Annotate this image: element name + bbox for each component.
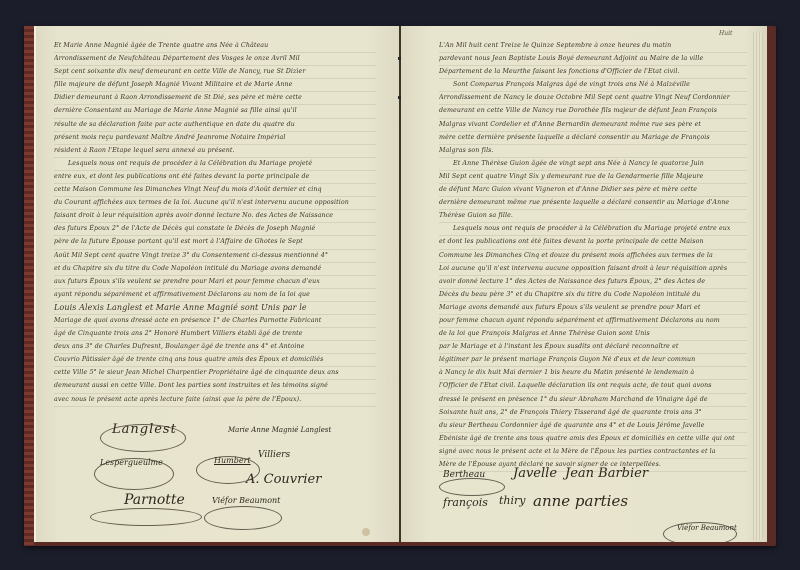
handwritten-line: Soixante huit ans, 2° de François Thiery… — [439, 407, 747, 420]
handwritten-line: Ébéniste âgé de trente ans tous quatre a… — [439, 433, 747, 446]
handwritten-line: ayant répondu séparément et affirmativem… — [54, 289, 376, 302]
handwritten-line: résulte de sa déclaration faite par acte… — [54, 119, 376, 132]
handwritten-line: du Courant affichées aux termes de la lo… — [54, 197, 376, 210]
handwritten-line: signé avec nous le présent acte et la Mè… — [439, 446, 747, 459]
handwritten-line: résident à Raon l'Etape lequel sera anne… — [54, 145, 376, 158]
handwritten-line: Malgras vivant Cordelier et d'Anne Berna… — [439, 119, 747, 132]
signature-flourish — [663, 522, 737, 542]
book-spine-edge — [24, 26, 34, 546]
handwritten-line: Sept cent soixante dix neuf demeurant en… — [54, 66, 376, 79]
handwritten-line: par le Mariage et à l'instant les Époux … — [439, 341, 747, 354]
handwritten-line: Thérèse Guion sa fille. — [439, 210, 747, 223]
handwritten-line: Arrondissement de Nancy le douze Octobre… — [439, 92, 747, 105]
handwritten-line: Arrondissement de Neufchâteau Départemen… — [54, 53, 376, 66]
left-page-text: Et Marie Anne Magnié âgée de Trente quat… — [54, 40, 376, 407]
handwritten-line: Malgras son fils. — [439, 145, 747, 158]
signature-jean-barbier: Jean Barbier — [565, 466, 648, 481]
handwritten-line: Août Mil Sept cent quatre Vingt treize 3… — [54, 250, 376, 263]
handwritten-line: mère cette dernière présente laquelle a … — [439, 132, 747, 145]
handwritten-line: l'Officier de l'Etat civil. Laquelle déc… — [439, 380, 747, 393]
open-register-book: Et Marie Anne Magnié âgée de Trente quat… — [24, 24, 778, 550]
handwritten-line: demeurant en cette Ville de Nancy rue Do… — [439, 105, 747, 118]
signature-viefor-beaumont: Viéfor Beaumont — [212, 496, 280, 505]
handwritten-line: de la loi que François Malgras et Anne T… — [439, 328, 747, 341]
handwritten-line: père de la future Épouse portant qu'il e… — [54, 236, 376, 249]
handwritten-line: Mil Sept cent quatre Vingt Six y demeura… — [439, 171, 747, 184]
margin-note: Huit — [719, 30, 732, 37]
handwritten-line: cette Ville 5° le sieur Jean Michel Char… — [54, 367, 376, 380]
handwritten-line: du sieur Bertheau Cordonnier âgé de quar… — [439, 420, 747, 433]
handwritten-line: Lesquels nous ont requis de procéder à l… — [54, 158, 376, 171]
paper-stain — [362, 528, 370, 536]
handwritten-line: pardevant nous Jean Baptiste Louis Boyé … — [439, 53, 747, 66]
handwritten-line: Mariage avons demandé aux futurs Époux s… — [439, 302, 747, 315]
handwritten-line: demeurant aussi en cette Ville. Dont les… — [54, 380, 376, 393]
handwritten-line: de défunt Marc Guion vivant Vigneron et … — [439, 184, 747, 197]
handwritten-line: pour femme chacun ayant répondu séparéme… — [439, 315, 747, 328]
handwritten-line: Didier demeurant à Raon Arrondissement d… — [54, 92, 376, 105]
signature-humbert: Humbert — [214, 456, 251, 465]
handwritten-line: Lesquels nous ont requis de procéder à l… — [439, 223, 747, 236]
signature-anne-parties: anne parties — [533, 492, 628, 510]
handwritten-line: et du Chapitre six du titre du Code Napo… — [54, 263, 376, 276]
signature-flourish — [439, 478, 505, 496]
handwritten-line: entre eux, et dont les publications ont … — [54, 171, 376, 184]
handwritten-line: âgé de Cinquante trois ans 2° Honoré Hum… — [54, 328, 376, 341]
handwritten-line: Et Anne Thérèse Guion âgée de vingt sept… — [439, 158, 747, 171]
page-edges — [753, 32, 763, 540]
handwritten-line: Décès du beau père 3° et du Chapitre six… — [439, 289, 747, 302]
handwritten-line: L'An Mil huit cent Treize le Quinze Sept… — [439, 40, 747, 53]
handwritten-line: Commune les Dimanches Cinq et douze du p… — [439, 250, 747, 263]
handwritten-line: Mariage de quoi avons dressé acte en pré… — [54, 315, 376, 328]
handwritten-line: Département de la Meurthe faisant les fo… — [439, 66, 747, 79]
signature-thiry: thiry — [499, 494, 526, 507]
handwritten-line: aux futurs Époux s'ils veulent se prendr… — [54, 276, 376, 289]
handwritten-line: Loi aucune qu'il n'est intervenu aucune … — [439, 263, 747, 276]
handwritten-line: dressé le présent en présence 1° du sieu… — [439, 394, 747, 407]
right-page: Huit L'An Mil huit cent Treize le Quinze… — [401, 26, 767, 542]
handwritten-line: légitimer par le présent mariage Françoi… — [439, 354, 747, 367]
handwritten-line: avec nous le présent acte après lecture … — [54, 394, 376, 407]
signature-langlest: Langlest — [112, 422, 177, 437]
handwritten-line: fille majeure de défunt Joseph Magnié Vi… — [54, 79, 376, 92]
signature-flourish — [204, 506, 282, 530]
signature-javelle: Javelle — [513, 466, 557, 481]
handwritten-line: deux ans 3° de Charles Dufresnt, Boulang… — [54, 341, 376, 354]
signature-flourish — [90, 508, 202, 526]
handwritten-line: à Nancy le dix huit Mai dernier 1 bis he… — [439, 367, 747, 380]
handwritten-line: Sont Comparus François Malgras âgé de vi… — [439, 79, 747, 92]
handwritten-line: faisant droit à leur réquisition après a… — [54, 210, 376, 223]
handwritten-line: présent mois reçu pardevant Maître André… — [54, 132, 376, 145]
signature-francois: françois — [443, 496, 488, 509]
signature-villiers: Villiers — [258, 450, 290, 460]
left-page: Et Marie Anne Magnié âgée de Trente quat… — [34, 26, 402, 542]
signature-couvrier: A. Couvrier — [246, 472, 321, 487]
handwritten-line: cette Maison Commune les Dimanches Vingt… — [54, 184, 376, 197]
handwritten-line: Et Marie Anne Magnié âgée de Trente quat… — [54, 40, 376, 53]
handwritten-line: Louis Alexis Langlest et Marie Anne Magn… — [54, 302, 376, 315]
signature-marie-anne-magnie: Marie Anne Magnié Langlest — [228, 426, 331, 434]
handwritten-line: dernière demeurant même rue présente laq… — [439, 197, 747, 210]
right-page-text: L'An Mil huit cent Treize le Quinze Sept… — [439, 40, 747, 472]
signature-lespergueulme: Lespergueulme — [100, 458, 163, 467]
handwritten-line: dernière Consentant au Mariage de Marie … — [54, 105, 376, 118]
handwritten-line: Couvrio Pâtissier âgé de trente cinq ans… — [54, 354, 376, 367]
handwritten-line: des futurs Époux 2° de l'Acte de Décès q… — [54, 223, 376, 236]
signature-parnotte: Parnotte — [124, 492, 185, 508]
handwritten-line: et dont les publications ont été faites … — [439, 236, 747, 249]
handwritten-line: avoir donné lecture 1° des Actes de Nais… — [439, 276, 747, 289]
